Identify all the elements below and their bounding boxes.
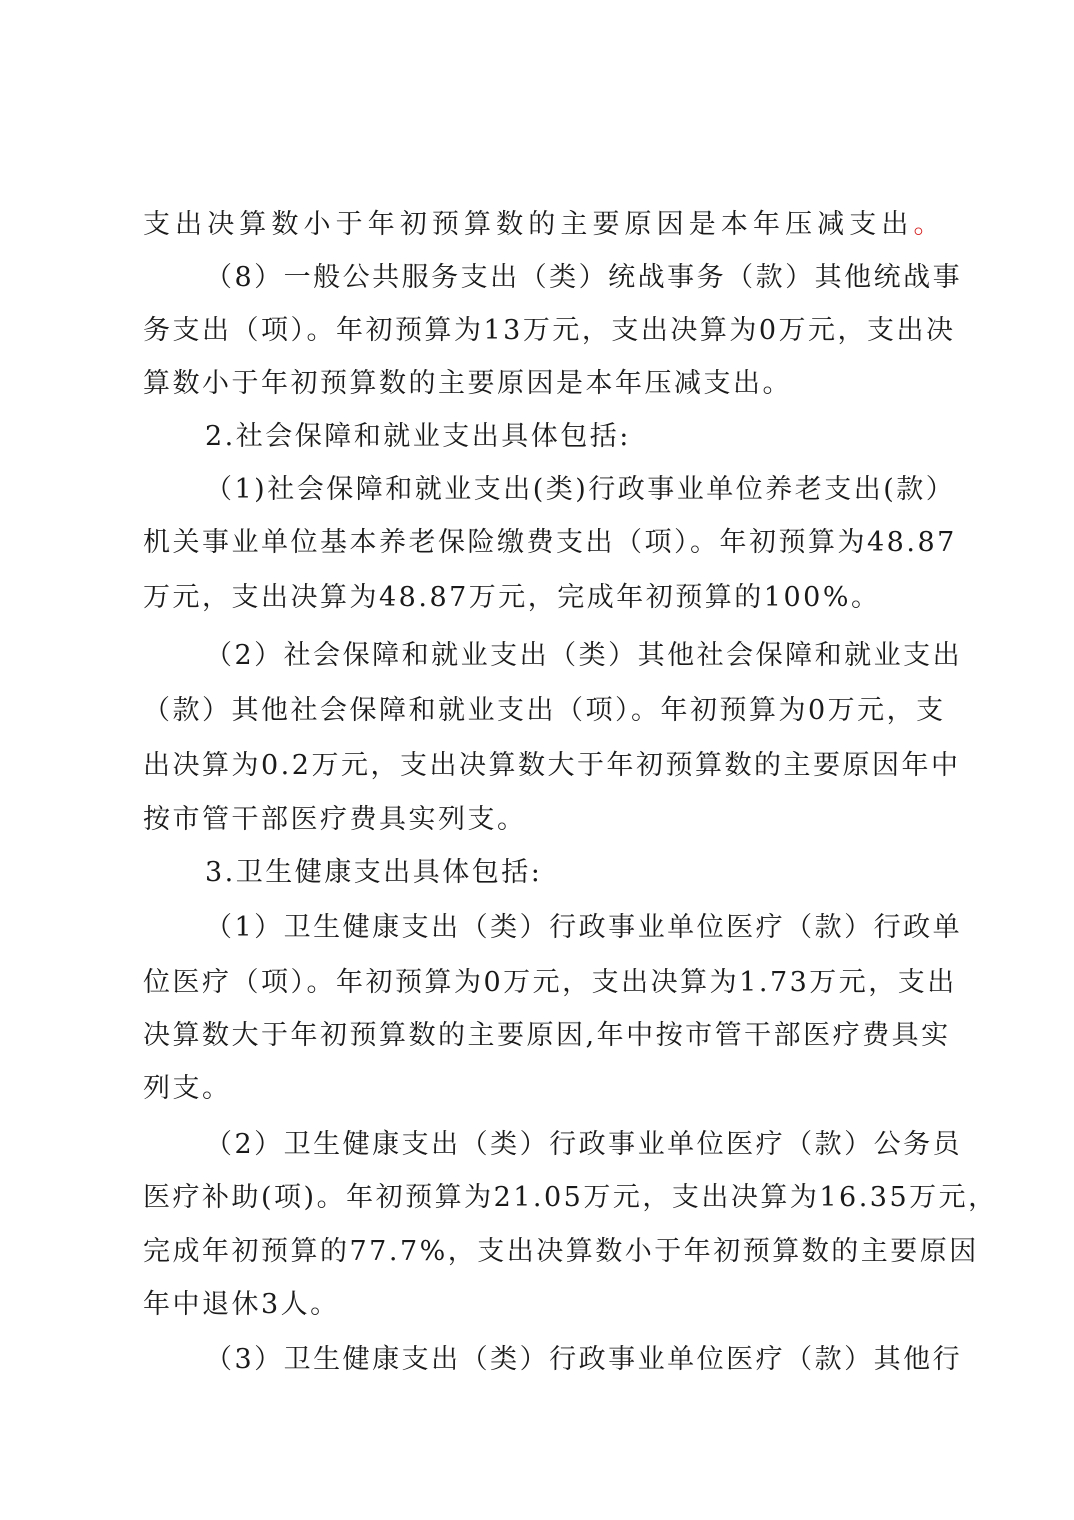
line-text: 支出决算数小于年初预算数的主要原因是本年压减支出 [143, 209, 914, 240]
paragraph-line: 医疗补助(项)。年初预算为21.05万元，支出决算为16.35万元， [143, 1178, 943, 1218]
paragraph-line: 决算数大于年初预算数的主要原因,年中按市管干部医疗费具实 [143, 1016, 943, 1056]
paragraph-line: 务支出（项）。年初预算为13万元，支出决算为0万元，支出决 [143, 311, 943, 351]
paragraph-line: （2）卫生健康支出（类）行政事业单位医疗（款）公务员 [205, 1125, 943, 1165]
paragraph-line: 算数小于年初预算数的主要原因是本年压减支出。 [143, 364, 943, 404]
paragraph-line: 列支。 [143, 1069, 943, 1109]
document-page: 支出决算数小于年初预算数的主要原因是本年压减支出。 （8）一般公共服务支出（类）… [0, 0, 1074, 1520]
line-tail-punctuation: 。 [914, 209, 944, 240]
paragraph-line: 支出决算数小于年初预算数的主要原因是本年压减支出。 [143, 205, 943, 245]
paragraph-line: 年中退休3人。 [143, 1285, 943, 1325]
paragraph-line: （款）其他社会保障和就业支出（项）。年初预算为0万元，支 [143, 691, 943, 731]
paragraph-line: 机关事业单位基本养老保险缴费支出（项）。年初预算为48.87 [143, 523, 943, 563]
paragraph-line: （3）卫生健康支出（类）行政事业单位医疗（款）其他行 [205, 1340, 943, 1380]
paragraph-line: （8）一般公共服务支出（类）统战事务（款）其他统战事 [205, 258, 943, 298]
paragraph-line: （2）社会保障和就业支出（类）其他社会保障和就业支出 [205, 636, 943, 676]
paragraph-line: 位医疗（项）。年初预算为0万元，支出决算为1.73万元，支出 [143, 963, 943, 1003]
paragraph-line: 万元，支出决算为48.87万元，完成年初预算的100%。 [143, 578, 943, 618]
paragraph-line: （1）卫生健康支出（类）行政事业单位医疗（款）行政单 [205, 908, 943, 948]
section-heading: 2.社会保障和就业支出具体包括: [205, 417, 943, 457]
paragraph-line: 完成年初预算的77.7%，支出决算数小于年初预算数的主要原因 [143, 1232, 943, 1272]
section-heading: 3.卫生健康支出具体包括: [205, 853, 943, 893]
paragraph-line: 出决算为0.2万元，支出决算数大于年初预算数的主要原因年中 [143, 746, 943, 786]
paragraph-line: （1)社会保障和就业支出(类)行政事业单位养老支出(款） [205, 470, 943, 510]
paragraph-line: 按市管干部医疗费具实列支。 [143, 800, 943, 840]
